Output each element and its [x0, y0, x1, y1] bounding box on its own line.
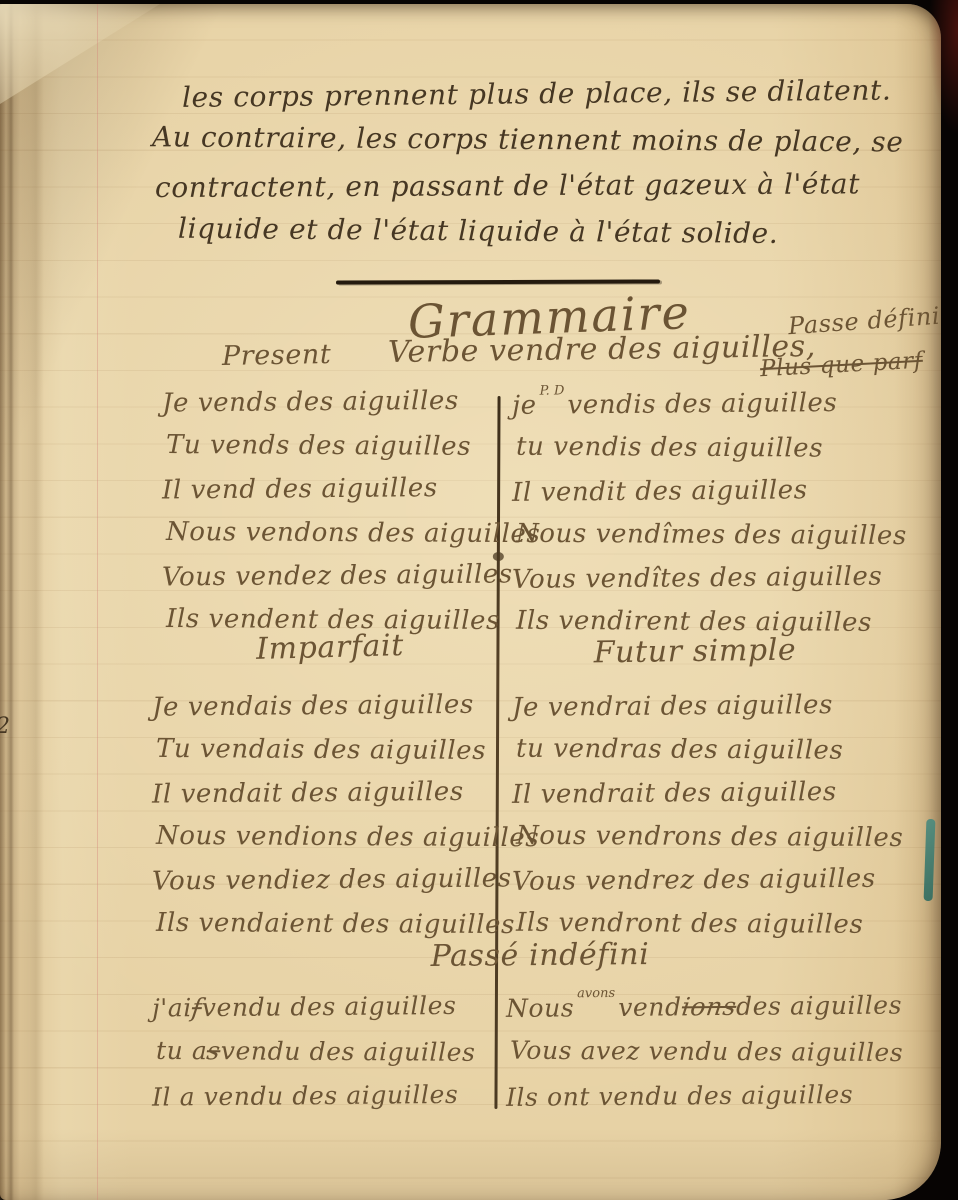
page-under-corner — [0, 4, 160, 104]
present-conjugations: Je vends des aiguillesTu vends des aigui… — [162, 380, 502, 641]
passe-defini-conjugations: je P. Dvendis des aiguillestu vendis des… — [512, 382, 942, 643]
handwriting-text: Il a vendu des aiguilles — [152, 1080, 459, 1112]
handwriting-text: Il vendait des aiguilles — [152, 777, 464, 810]
conjugation-line: tu vendras des aiguilles — [516, 726, 942, 772]
handwriting-text: Nous vendons des aiguilles — [166, 516, 541, 548]
handwriting-text: j'ai — [152, 993, 192, 1022]
conjugation-line: Vous vendez des aiguilles — [162, 553, 502, 599]
handwriting-text: contractent, en passant de l'état gazeux… — [155, 167, 860, 204]
futur-conjugations: Je vendrai des aiguillestu vendras des a… — [512, 684, 942, 945]
intro-line: contractent, en passant de l'état gazeux… — [155, 160, 932, 210]
handwriting-text: Il vend des aiguilles — [162, 473, 438, 505]
conjugation-line: Nous vendons des aiguilles — [166, 509, 502, 555]
passe-indefini-right-conjugations: Nous avonsvendions des aiguillesVous ave… — [506, 984, 946, 1118]
handwriting-text: Tu vendais des aiguilles — [156, 733, 486, 765]
handwriting-text: Vous vendrez des aiguilles — [512, 863, 876, 896]
futur-simple-heading: Futur simple — [530, 632, 860, 672]
notebook-page: 2 les corps prennent plus de place, ils … — [0, 4, 941, 1200]
intro-line: liquide et de l'état liquide à l'état so… — [178, 205, 932, 258]
intro-line: Au contraire, les corps tiennent moins d… — [152, 113, 932, 164]
handwriting-text: je — [512, 390, 537, 420]
handwriting-text: Nous — [506, 993, 575, 1023]
margin-mark: 2 — [0, 714, 11, 739]
conjugation-line: Nous vendions des aiguilles — [156, 813, 512, 859]
intro-paragraph: les corps prennent plus de place, ils se… — [152, 70, 932, 254]
handwriting-text: Nous vendîmes des aiguilles — [516, 518, 907, 550]
conjugation-line: Vous vendîtes des aiguilles — [512, 554, 942, 601]
conjugation-line: Il vendrait des aiguilles — [512, 769, 942, 816]
handwriting-text: les corps prennent plus de place, ils se… — [182, 73, 892, 113]
section-divider-line — [336, 279, 660, 284]
handwriting-text: Ils vendront des aiguilles — [516, 907, 864, 939]
handwriting-text: tu a — [156, 1035, 208, 1064]
handwriting-text: Vous vendiez des aiguilles — [152, 863, 512, 896]
handwriting-text: tu vendis des aiguilles — [516, 431, 823, 463]
handwriting-text: Ils ont vendu des aiguilles — [506, 1080, 854, 1112]
handwriting-text: vendu des aiguilles — [202, 991, 457, 1022]
conjugation-line: Il a vendu des aiguilles — [152, 1071, 512, 1119]
conjugation-line: Je vendrai des aiguilles — [512, 682, 942, 729]
handwriting-text: des aiguilles — [736, 990, 902, 1020]
conjugation-line: Il vend des aiguilles — [162, 466, 502, 512]
conjugation-line: Vous avez vendu des aiguilles — [510, 1027, 946, 1074]
verb-heading: Verbe vendre des aiguilles, — [388, 329, 816, 370]
handwriting-text: Vous vendez des aiguilles — [162, 559, 513, 592]
conjugation-line: tu vendis des aiguilles — [516, 424, 942, 470]
handwriting-text: Nous vendions des aiguilles — [156, 820, 539, 852]
handwriting-text: Il vendit des aiguilles — [512, 475, 808, 508]
conjugation-line: Ils ont vendu des aiguilles — [506, 1071, 946, 1119]
imparfait-heading: Imparfait — [180, 626, 481, 669]
handwriting-text: Ils vendaient des aiguilles — [156, 907, 515, 939]
conjugation-line: Il vendit des aiguilles — [512, 467, 942, 514]
handwriting-text: liquide et de l'état liquide à l'état so… — [178, 211, 779, 249]
spine-fold — [0, 4, 46, 1200]
conjugation-line: je P. Dvendis des aiguilles — [512, 380, 942, 427]
handwriting-text: Je vendrai des aiguilles — [512, 690, 833, 723]
handwriting-text: vendis des aiguilles — [567, 388, 837, 420]
handwriting-text: Il vendrait des aiguilles — [512, 777, 837, 810]
conjugation-line: Tu vendais des aiguilles — [156, 726, 512, 772]
conjugation-line: Je vendais des aiguilles — [152, 682, 512, 729]
handwriting-text: Je vends des aiguilles — [162, 386, 459, 419]
handwriting-text: tu vendras des aiguilles — [516, 733, 844, 765]
conjugation-line: Nous vendrons des aiguilles — [516, 813, 942, 859]
correction-sup: avons — [577, 986, 615, 1001]
correction-sup: P. D — [539, 384, 564, 399]
conjugation-line: Nous vendîmes des aiguilles — [516, 511, 942, 557]
conjugation-line: Il vendait des aiguilles — [152, 769, 512, 816]
photo-backdrop: 2 les corps prennent plus de place, ils … — [0, 0, 958, 1200]
handwriting-text: Vous vendîtes des aiguilles — [512, 561, 883, 594]
passe-indefini-heading: Passé indéfini — [360, 936, 720, 974]
conjugation-line: Tu vends des aiguilles — [166, 422, 502, 468]
intro-line: les corps prennent plus de place, ils se… — [182, 66, 932, 120]
handwriting-text: Tu vends des aiguilles — [166, 429, 471, 461]
conjugation-line: Nous avonsvendions des aiguilles — [506, 982, 946, 1030]
handwriting-text: Au contraire, les corps tiennent moins d… — [152, 120, 904, 158]
correction-struck: ions — [680, 992, 738, 1022]
imparfait-conjugations: Je vendais des aiguillesTu vendais des a… — [152, 684, 512, 945]
handwriting-text: vendu des aiguilles — [221, 1036, 476, 1067]
conjugation-line: tu as vendu des aiguilles — [156, 1027, 512, 1074]
conjugation-line: Je vends des aiguilles — [162, 379, 502, 425]
handwriting-text: Je vendais des aiguilles — [152, 690, 474, 723]
passe-indefini-left-conjugations: j'ai f vendu des aiguillestu as vendu de… — [152, 984, 512, 1118]
conjugation-line: Vous vendrez des aiguilles — [512, 856, 942, 903]
handwriting-text: vend — [618, 992, 682, 1022]
handwriting-text: Vous avez vendu des aiguilles — [510, 1035, 903, 1066]
conjugation-line: Vous vendiez des aiguilles — [152, 856, 512, 903]
tense-label-present: Present — [222, 339, 332, 372]
conjugation-line: j'ai f vendu des aiguilles — [152, 982, 512, 1030]
handwriting-text: Nous vendrons des aiguilles — [516, 820, 904, 852]
red-margin-line — [97, 4, 98, 1200]
